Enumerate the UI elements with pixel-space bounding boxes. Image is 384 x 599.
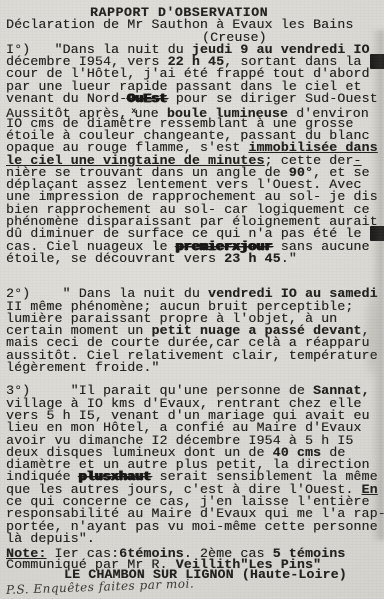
text-line: légèrement froide." [6,362,384,374]
text-segment: venant du Nord- [6,91,127,106]
text-line: venant du Nord-OuEst pour se diriger Sud… [6,93,384,105]
postscript: P.S. Enquêtes faites par moi. [6,583,384,598]
text-segment: légèrement froide." [6,360,160,375]
struckout-text: OuEst [127,91,167,106]
paragraph-3: 3°) "Il parait qu'une personne de Sannat… [6,385,384,545]
text-line: Déclaration de Mr Sauthon à Evaux les Ba… [6,19,384,31]
text-line: étoile, se découvrant vers 23 h 45." [6,253,384,265]
text-line: là depuis". [6,533,384,545]
text-segment: Déclaration de Mr Sauthon à Evaux les Ba… [6,17,353,32]
text-segment: ." [281,251,297,266]
scan-edge-shadow [371,30,384,540]
header: RAPPORT D'OBSERVATIONDéclaration de Mr S… [6,7,384,44]
text-segment: étoile, se découvrant vers [6,251,224,266]
bold-text: 23 h 45 [224,251,281,266]
text-segment: là depuis". [6,531,95,546]
paragraph-2: 2°) " Dans la nuit du vendredi IO au sam… [6,288,384,374]
scanned-document-page: RAPPORT D'OBSERVATIONDéclaration de Mr S… [0,0,384,599]
paragraph-1: I°) "Dans la nuit du jeudi 9 au vendredi… [6,44,384,265]
text-segment: pour se diriger Sud-Ouest [168,91,378,106]
document-content: RAPPORT D'OBSERVATIONDéclaration de Mr S… [6,7,384,598]
